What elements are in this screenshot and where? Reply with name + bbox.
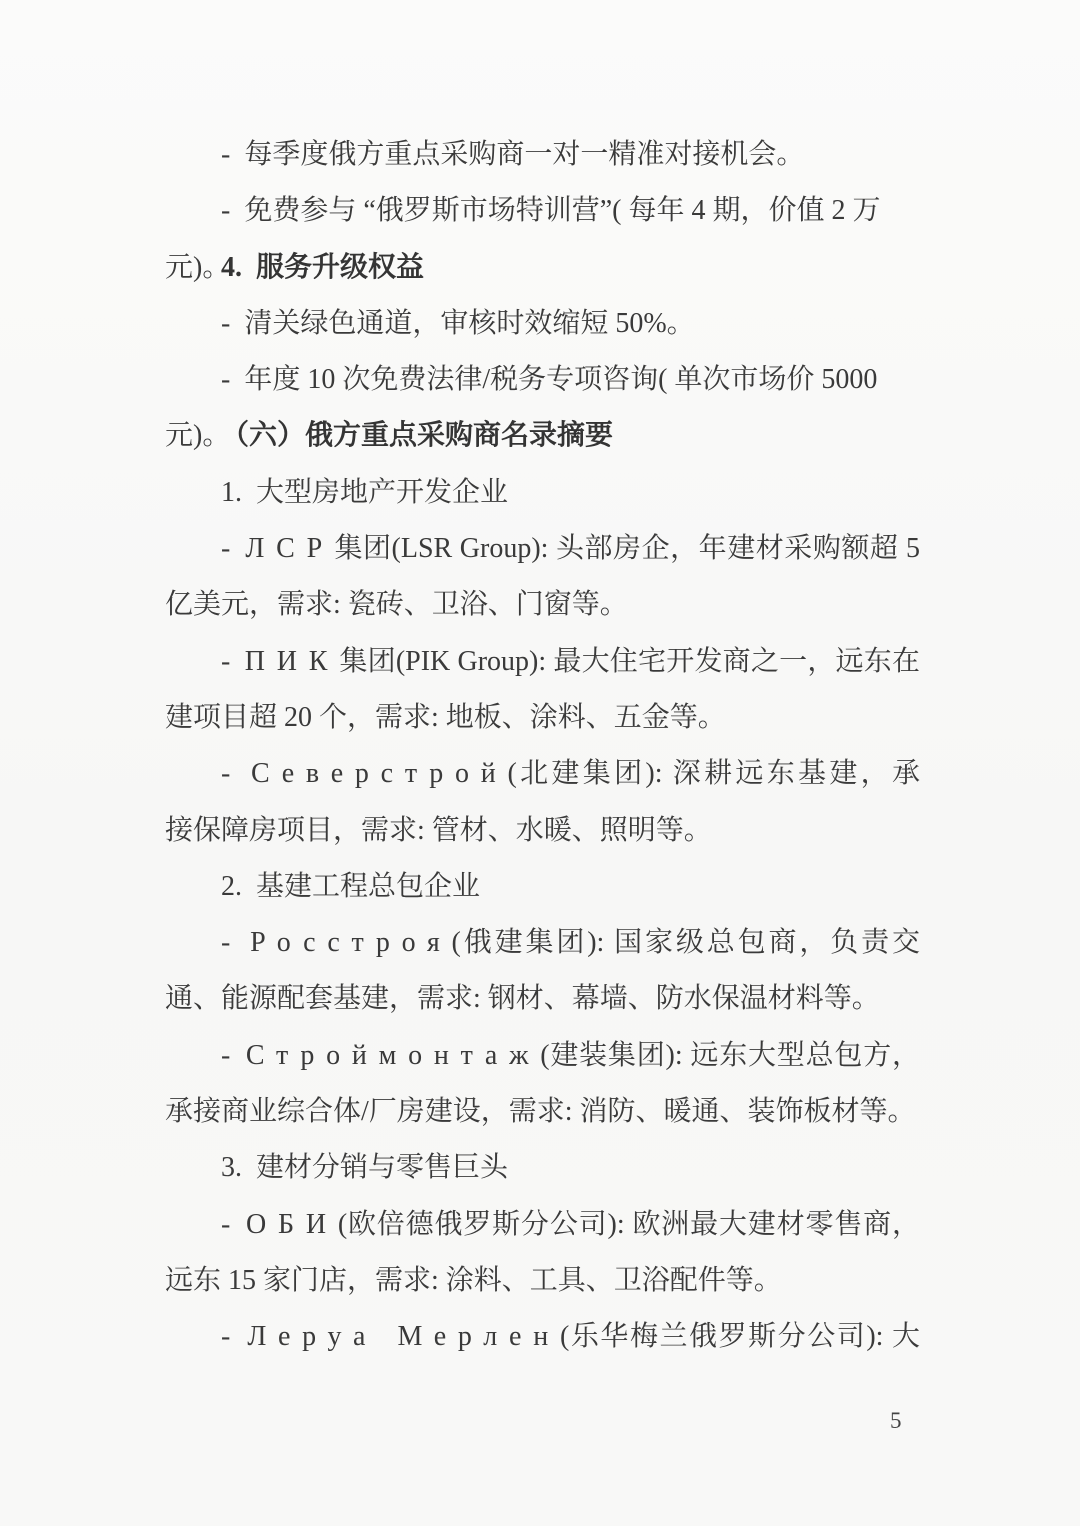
heading-line: 4. 服务升级权益: [165, 240, 920, 296]
bullet-line: - 年度 10 次免费法律/税务专项咨询( 单次市场价 5000 元)。: [165, 352, 920, 408]
bullet-line: - Росстроя(俄建集团): 国家级总包商，负责交: [165, 915, 920, 971]
bullet-line: - ЛСР集团(LSR Group): 头部房企，年建材采购额超 5: [165, 521, 920, 577]
heading-line: （六）俄方重点采购商名录摘要: [165, 408, 920, 464]
text-segment: -: [221, 646, 245, 677]
text-segment: -: [221, 1040, 246, 1071]
text-segment: -: [221, 758, 251, 789]
cyrillic-company-name: Леруа Мерлен: [247, 1321, 560, 1352]
bullet-line: - Строймонтаж(建装集团): 远东大型总包方，: [165, 1028, 920, 1084]
page-number: 5: [890, 1406, 902, 1436]
text-segment: (乐华梅兰俄罗斯分公司): 大: [560, 1321, 920, 1352]
text-segment: 承接商业综合体/厂房建设，需求: 消防、暖通、装饰板材等。: [165, 1096, 916, 1127]
subheading-line: 1. 大型房地产开发企业: [165, 465, 920, 521]
text-segment: 通、能源配套基建，需求: 钢材、幕墙、防水保温材料等。: [165, 983, 880, 1014]
text-line: 接保障房项目，需求: 管材、水暖、照明等。: [165, 803, 920, 859]
text-segment: 4. 服务升级权益: [221, 252, 424, 283]
text-segment: 亿美元，需求: 瓷砖、卫浴、门窗等。: [165, 589, 628, 620]
bullet-line: - ПИК集团(PIK Group): 最大住宅开发商之一，远东在: [165, 634, 920, 690]
bullet-line: - ОБИ(欧倍德俄罗斯分公司): 欧洲最大建材零售商，: [165, 1197, 920, 1253]
text-line: 远东 15 家门店，需求: 涂料、工具、卫浴配件等。: [165, 1253, 920, 1309]
document-page: - 每季度俄方重点采购商一对一精准对接机会。- 免费参与 “俄罗斯市场特训营”(…: [0, 0, 1080, 1526]
cyrillic-company-name: Росстроя: [250, 927, 451, 958]
text-segment: 建项目超 20 个，需求: 地板、涂料、五金等。: [165, 702, 726, 733]
text-segment: 1. 大型房地产开发企业: [221, 477, 508, 508]
text-segment: 远东 15 家门店，需求: 涂料、工具、卫浴配件等。: [165, 1265, 782, 1296]
text-line: 通、能源配套基建，需求: 钢材、幕墙、防水保温材料等。: [165, 971, 920, 1027]
text-line: 亿美元，需求: 瓷砖、卫浴、门窗等。: [165, 577, 920, 633]
text-segment: - 每季度俄方重点采购商一对一精准对接机会。: [221, 139, 804, 170]
bullet-line: - 每季度俄方重点采购商一对一精准对接机会。: [165, 127, 920, 183]
text-column: - 每季度俄方重点采购商一对一精准对接机会。- 免费参与 “俄罗斯市场特训营”(…: [165, 127, 920, 1366]
text-segment: 集团(LSR Group): 头部房企，年建材采购额超 5: [334, 533, 920, 564]
text-segment: (欧倍德俄罗斯分公司): 欧洲最大建材零售商，: [338, 1209, 920, 1240]
text-segment: -: [221, 1321, 247, 1352]
text-line: 承接商业综合体/厂房建设，需求: 消防、暖通、装饰板材等。: [165, 1084, 920, 1140]
text-segment: - 清关绿色通道，审核时效缩短 50%。: [221, 308, 695, 339]
cyrillic-company-name: ЛСР: [245, 533, 334, 564]
text-line: 建项目超 20 个，需求: 地板、涂料、五金等。: [165, 690, 920, 746]
bullet-line: - 清关绿色通道，审核时效缩短 50%。: [165, 296, 920, 352]
cyrillic-company-name: ОБИ: [246, 1209, 338, 1240]
text-segment: -: [221, 533, 245, 564]
text-segment: 接保障房项目，需求: 管材、水暖、照明等。: [165, 815, 712, 846]
bullet-line: - 免费参与 “俄罗斯市场特训营”( 每年 4 期，价值 2 万元)。: [165, 183, 920, 239]
text-segment: -: [221, 927, 250, 958]
cyrillic-company-name: ПИК: [245, 646, 339, 677]
text-segment: -: [221, 1209, 246, 1240]
text-segment: 2. 基建工程总包企业: [221, 871, 480, 902]
cyrillic-company-name: Северстрой: [251, 758, 508, 789]
bullet-line: - Леруа Мерлен(乐华梅兰俄罗斯分公司): 大: [165, 1309, 920, 1365]
subheading-line: 3. 建材分销与零售巨头: [165, 1140, 920, 1196]
text-segment: 3. 建材分销与零售巨头: [221, 1152, 508, 1183]
text-segment: 集团(PIK Group): 最大住宅开发商之一，远东在: [339, 646, 920, 677]
bullet-line: - Северстрой(北建集团): 深耕远东基建，承: [165, 746, 920, 802]
cyrillic-company-name: Строймонтаж: [246, 1040, 540, 1071]
text-segment: (建装集团): 远东大型总包方，: [540, 1040, 920, 1071]
subheading-line: 2. 基建工程总包企业: [165, 859, 920, 915]
text-segment: (北建集团): 深耕远东基建，承: [507, 758, 920, 789]
text-segment: (俄建集团): 国家级总包商，负责交: [452, 927, 921, 958]
text-segment: （六）俄方重点采购商名录摘要: [221, 420, 613, 451]
